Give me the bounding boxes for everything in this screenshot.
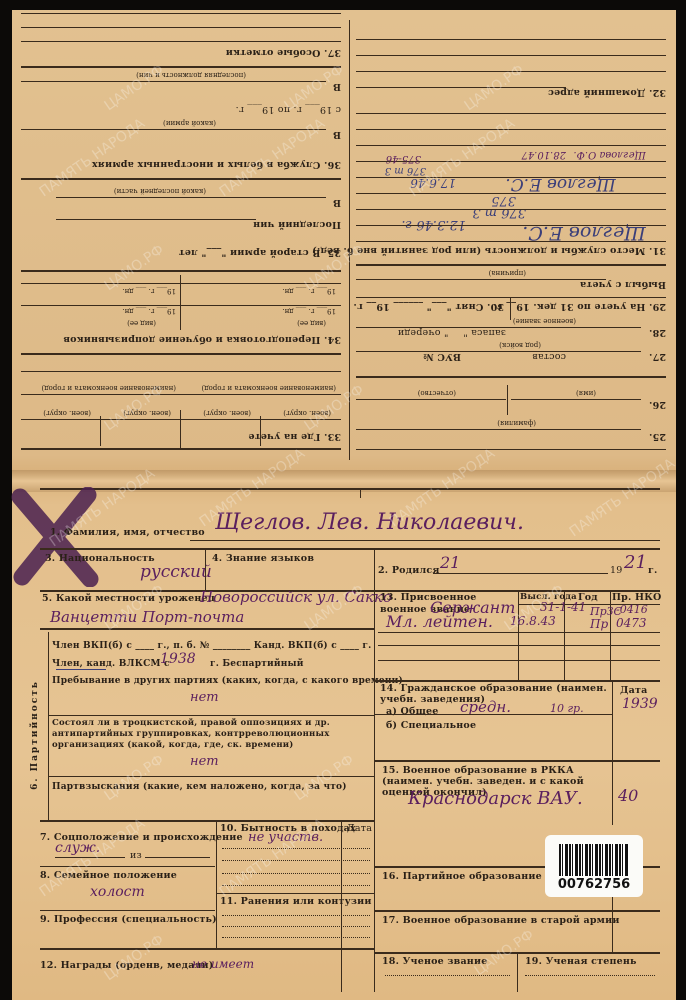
f35-label: 35. В старой армии "___" лет xyxy=(179,247,341,258)
f7-value: служ. xyxy=(55,840,100,856)
f1-value: Щеглов. Лев. Николаевич. xyxy=(215,510,524,535)
f3-label: 3. Национальность xyxy=(45,553,155,564)
f8-value: холост xyxy=(90,884,145,900)
f12-label: 12. Награды (орденв, медали) xyxy=(40,960,213,971)
f36-label: 36. Служба в белых и иностранных армиях xyxy=(92,159,341,170)
f17-label: 17. Военное образование в старой армии xyxy=(382,915,620,926)
f16-label: 16. Партийное образование xyxy=(382,871,542,882)
f11-label: 11. Ранения или контузии xyxy=(220,896,372,907)
f32-label: 32. Домашний адрес xyxy=(548,87,666,98)
f6-penalties-label: Партвзыскания (какие, кем наложено, когд… xyxy=(52,782,347,792)
f37-label: 37. Особые отметки xyxy=(226,47,341,58)
f6-vkp: Член ВКП(б) с ____ г., п. б. № ________ … xyxy=(52,641,371,651)
f1-label: 1. Фамилия, имя, отчество xyxy=(50,527,205,538)
f34-label: 34. Переподготовка и обучение допризывни… xyxy=(63,334,341,345)
barcode-number: 00762756 xyxy=(545,877,643,892)
f6-other-value: нет xyxy=(190,690,219,705)
f15-value: Краснодарск ВАУ. xyxy=(408,788,583,809)
f2-label: 2. Родился xyxy=(378,565,440,576)
f27-label: 27. xyxy=(649,351,666,362)
f5-value-1: Новороссийск ул. Сакко xyxy=(200,588,392,606)
f31-label: 31. Место службы и должность (или род за… xyxy=(312,245,666,256)
f6-opposition-label: Состоял ли в троцкистской, правой оппози… xyxy=(52,718,368,751)
removed-label: Выбыл с учета xyxy=(580,279,666,290)
barcode-icon xyxy=(559,844,629,876)
f25-label: 25. xyxy=(649,431,666,442)
f3-value: русский xyxy=(140,562,212,582)
f5-value-2: Ванцетти Порт-почта xyxy=(50,608,244,626)
f15-date: 40 xyxy=(618,786,638,805)
f14-general-date: 1939 xyxy=(622,696,658,712)
f26-label: 26. xyxy=(649,399,666,410)
f6-vlksm-year: 1938 xyxy=(160,651,196,667)
f9-label: 9. Профессия (специальность) xyxy=(40,914,217,925)
f6-section-label: 6. Партийность xyxy=(28,650,42,820)
f2-year: 21 xyxy=(624,552,647,573)
f33-label: 33. Где на учете xyxy=(248,431,341,442)
f6-opposition-value: нет xyxy=(190,754,219,769)
f10-value: не участв. xyxy=(248,830,323,845)
back-side-upside-down: 25. (фамилия) 26. (имя) (отчество) 27. с… xyxy=(12,10,676,470)
f4-label: 4. Знание языков xyxy=(212,553,314,564)
f5-label: 5. Какой местности уроженец xyxy=(42,593,215,604)
f2-day: 21 xyxy=(440,553,460,572)
f6-other-label: Пребывание в других партиях (каких, когд… xyxy=(52,676,403,686)
archive-barcode: 00762756 xyxy=(545,835,643,897)
f29-label: 29. На учете по 31 дек. 19__ г. xyxy=(493,301,666,312)
f12-value: не имеет xyxy=(192,957,254,971)
f28-label: 28. xyxy=(649,327,666,338)
f30-label: 30. Снят "___" ______ 19__ г. xyxy=(353,301,504,312)
f8-label: 8. Семейное положение xyxy=(40,870,177,881)
f13-rank-2: Мл. лейтен. xyxy=(386,612,493,631)
f18-label: 18. Ученое звание xyxy=(382,956,487,967)
f19-label: 19. Ученая степень xyxy=(525,956,637,967)
